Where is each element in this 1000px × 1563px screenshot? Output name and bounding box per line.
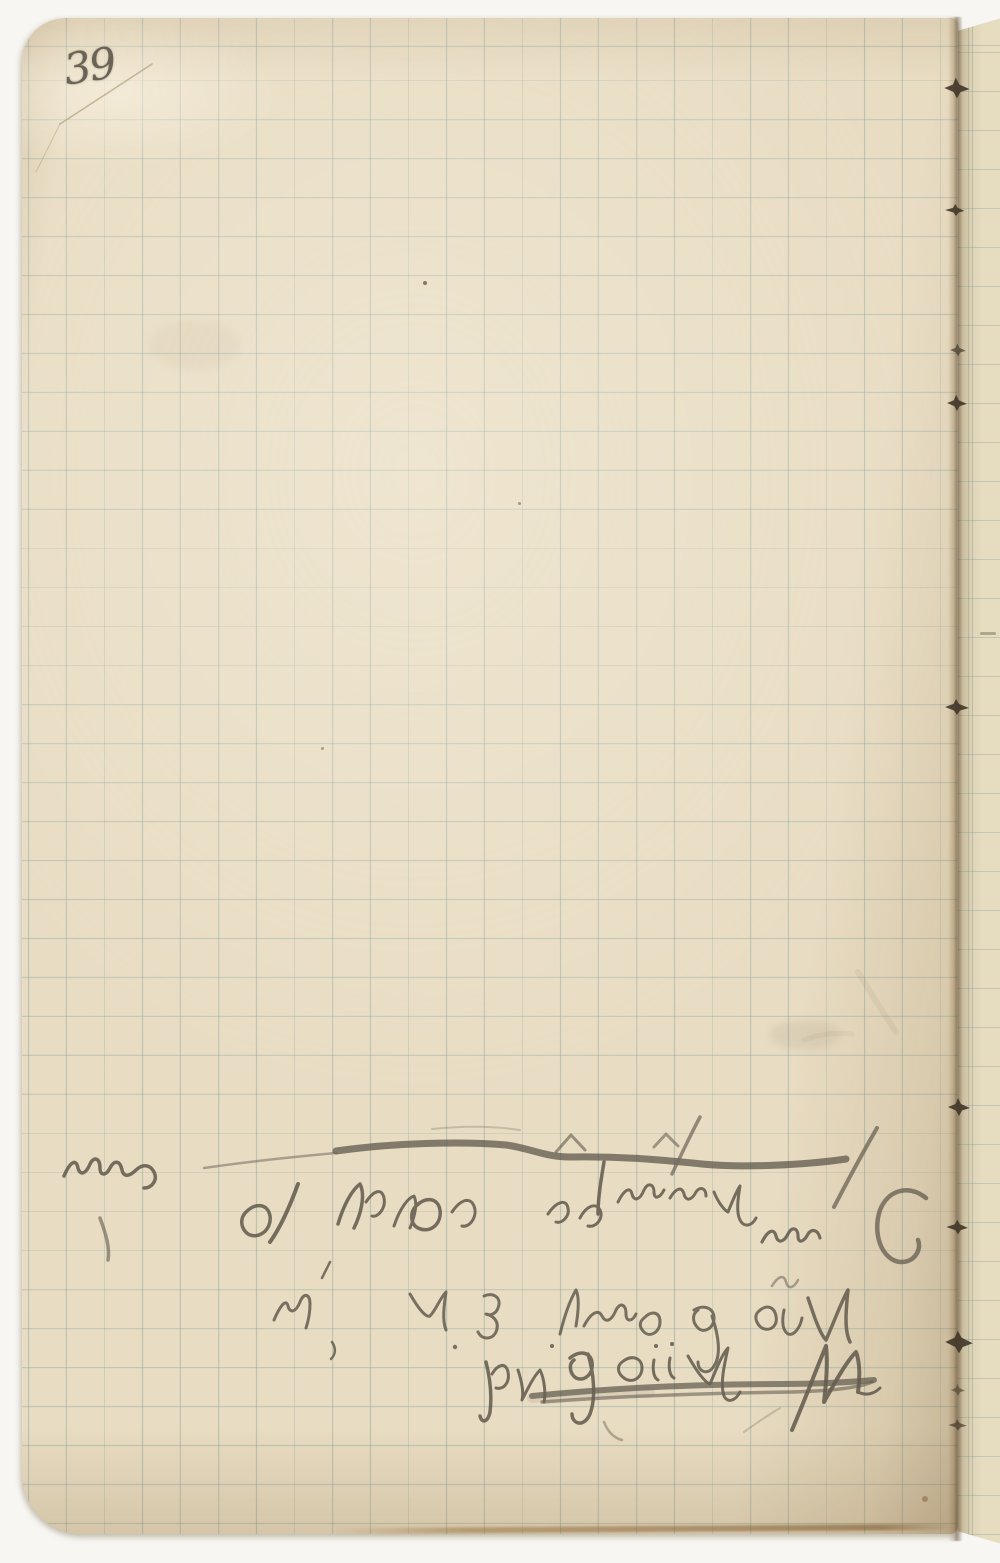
- handwriting-line-3: [480, 1342, 880, 1440]
- pencil-marks-layer: [0, 0, 1000, 1563]
- binding-stitch: [947, 395, 967, 411]
- ink-show-through: [804, 972, 896, 1040]
- crease-mark: [36, 64, 152, 172]
- binding-stitch: [945, 204, 965, 216]
- binding-stitch: [948, 1419, 966, 1430]
- binding-stitch: [946, 1220, 968, 1234]
- binding-stitch: [951, 1384, 965, 1396]
- strikethrough-mark-1: [336, 1143, 846, 1166]
- binding-stitch: [948, 1098, 970, 1116]
- scanned-notebook-photo: 39: [0, 0, 1000, 1563]
- binding-stitch: [945, 1331, 973, 1354]
- handwriting-line-2: [274, 1262, 850, 1372]
- binding-stitch: [950, 344, 966, 357]
- binding-stitch: [944, 78, 969, 99]
- handwriting-line-1: [64, 1117, 926, 1262]
- binding-stitch: [945, 699, 969, 715]
